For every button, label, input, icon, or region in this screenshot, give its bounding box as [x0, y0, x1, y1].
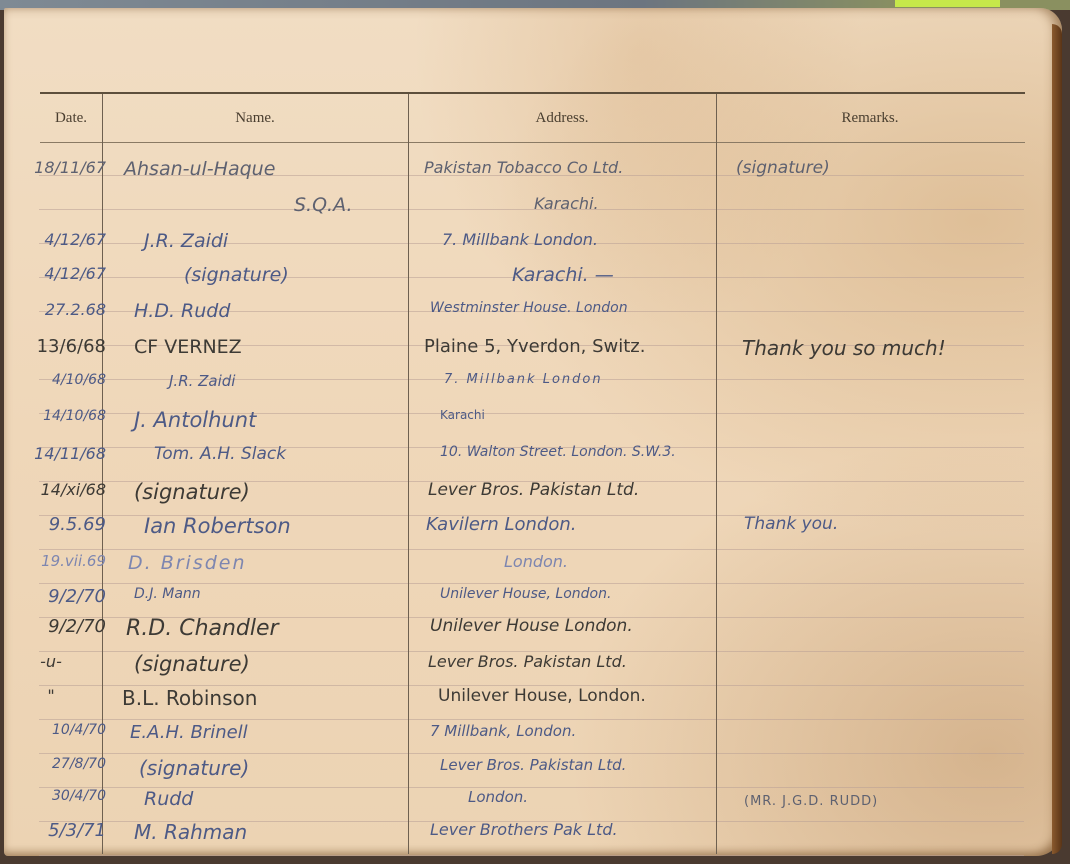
table-row: 14/11/68 Tom. A.H. Slack 10. Walton Stre… — [4, 444, 1062, 478]
entry-address: Westminster House. London — [430, 300, 730, 316]
table-row: 9.5.69 Ian Robertson Kavilern London. Th… — [4, 514, 1062, 548]
table-row: 4/12/67 (signature) Karachi. — — [4, 264, 1062, 298]
entry-name: (signature) — [139, 756, 419, 780]
entry-name: D.J. Mann — [134, 586, 414, 602]
entry-name: S.Q.A. — [294, 194, 574, 216]
entry-date: 4/12/67 — [16, 230, 106, 249]
table-row: 5/3/71 M. Rahman Lever Brothers Pak Ltd. — [4, 820, 1062, 854]
entry-name: J. Antolhunt — [134, 408, 414, 432]
table-row: 9/2/70 D.J. Mann Unilever House, London. — [4, 586, 1062, 620]
entry-name: B.L. Robinson — [122, 686, 402, 710]
entry-name: D. Brisden — [128, 552, 408, 574]
entry-address: Unilever House, London. — [438, 686, 738, 706]
table-row: 19.vii.69 D. Brisden London. — [4, 552, 1062, 586]
entry-name: CF VERNEZ — [134, 336, 414, 358]
column-header-date: Date. — [40, 110, 102, 127]
entry-address: Lever Brothers Pak Ltd. — [430, 820, 730, 839]
entry-name: Rudd — [144, 788, 424, 810]
entry-name: E.A.H. Brinell — [130, 722, 410, 743]
table-row: 10/4/70 E.A.H. Brinell 7 Millbank, Londo… — [4, 722, 1062, 756]
entry-remarks: Thank you. — [744, 514, 1064, 534]
entry-date: 14/10/68 — [16, 408, 106, 424]
header-rule-bottom — [40, 142, 1025, 143]
table-row: 27/8/70 (signature) Lever Bros. Pakistan… — [4, 756, 1062, 790]
entry-address: 10. Walton Street. London. S.W.3. — [440, 444, 740, 460]
bookmark-tab — [895, 0, 1000, 7]
entry-date: 9.5.69 — [16, 514, 106, 535]
entry-date: 27.2.68 — [16, 300, 106, 319]
entry-remarks: Thank you so much! — [742, 336, 1062, 360]
entry-date: 14/11/68 — [16, 444, 106, 463]
column-header-remarks: Remarks. — [716, 110, 1024, 127]
entry-address: London. — [468, 788, 768, 806]
entry-date: 4/10/68 — [16, 372, 106, 388]
entry-address: Karachi. — [534, 194, 834, 213]
ledger-page: Date. Name. Address. Remarks. 18/11/67 A… — [4, 8, 1062, 856]
entry-address: Kavilern London. — [426, 514, 726, 535]
entry-address: 7. Millbank London — [444, 372, 744, 387]
entry-date: 18/11/67 — [16, 158, 106, 177]
entry-date: 4/12/67 — [16, 264, 106, 283]
entry-name: J.R. Zaidi — [144, 230, 424, 252]
table-row: 30/4/70 Rudd London. (MR. J.G.D. RUDD) — [4, 788, 1062, 822]
table-row: 14/xi/68 (signature) Lever Bros. Pakista… — [4, 480, 1062, 514]
entry-date: -u- — [16, 652, 86, 671]
entry-address: Lever Bros. Pakistan Ltd. — [428, 480, 728, 500]
entry-name: R.D. Chandler — [126, 616, 406, 641]
table-row: 4/10/68 J.R. Zaidi 7. Millbank London — [4, 372, 1062, 406]
entry-date: 14/xi/68 — [16, 480, 106, 499]
column-header-name: Name. — [102, 110, 408, 127]
header-rule — [40, 92, 1025, 94]
entry-address: 7. Millbank London. — [442, 230, 742, 249]
entry-date: 5/3/71 — [16, 820, 106, 841]
entry-address: Plaine 5, Yverdon, Switz. — [424, 336, 724, 357]
entry-date: 9/2/70 — [16, 616, 106, 637]
table-row: -u- (signature) Lever Bros. Pakistan Ltd… — [4, 652, 1062, 686]
entry-remarks: (signature) — [736, 158, 1056, 178]
entry-address: London. — [504, 552, 804, 571]
entry-address: 7 Millbank, London. — [430, 722, 730, 740]
entry-date: 10/4/70 — [16, 722, 106, 738]
entry-name: M. Rahman — [134, 820, 414, 844]
entry-name: Ahsan-ul-Haque — [124, 158, 404, 180]
entry-address: Unilever House, London. — [440, 586, 740, 602]
entry-address: Pakistan Tobacco Co Ltd. — [424, 158, 724, 177]
entry-address: Lever Bros. Pakistan Ltd. — [440, 756, 740, 774]
entry-name: Tom. A.H. Slack — [154, 444, 434, 464]
table-row: 27.2.68 H.D. Rudd Westminster House. Lon… — [4, 300, 1062, 334]
entry-name: (signature) — [184, 264, 464, 286]
table-row: " B.L. Robinson Unilever House, London. — [4, 686, 1062, 720]
entry-name: J.R. Zaidi — [169, 372, 449, 390]
column-header-address: Address. — [408, 110, 716, 127]
entry-date: " — [16, 686, 86, 705]
entry-name: (signature) — [134, 652, 414, 676]
table-row: S.Q.A. Karachi. — [4, 194, 1062, 228]
entry-date: 30/4/70 — [16, 788, 106, 804]
entry-address: Lever Bros. Pakistan Ltd. — [428, 652, 728, 671]
entry-date: 13/6/68 — [16, 336, 106, 357]
entry-remarks: (MR. J.G.D. RUDD) — [744, 794, 1064, 809]
entry-date: 19.vii.69 — [16, 552, 106, 570]
table-row: 14/10/68 J. Antolhunt Karachi — [4, 408, 1062, 442]
table-row: 9/2/70 R.D. Chandler Unilever House Lond… — [4, 616, 1062, 650]
table-row: 13/6/68 CF VERNEZ Plaine 5, Yverdon, Swi… — [4, 336, 1062, 370]
entry-date: 9/2/70 — [16, 586, 106, 607]
entry-address: Karachi — [440, 408, 740, 422]
entry-address: Unilever House London. — [430, 616, 730, 636]
entry-name: (signature) — [134, 480, 414, 504]
table-row: 18/11/67 Ahsan-ul-Haque Pakistan Tobacco… — [4, 158, 1062, 192]
entry-name: H.D. Rudd — [134, 300, 414, 322]
entry-name: Ian Robertson — [144, 514, 424, 538]
table-row: 4/12/67 J.R. Zaidi 7. Millbank London. — [4, 230, 1062, 264]
entry-address: Karachi. — — [512, 264, 812, 286]
entry-date: 27/8/70 — [16, 756, 106, 772]
